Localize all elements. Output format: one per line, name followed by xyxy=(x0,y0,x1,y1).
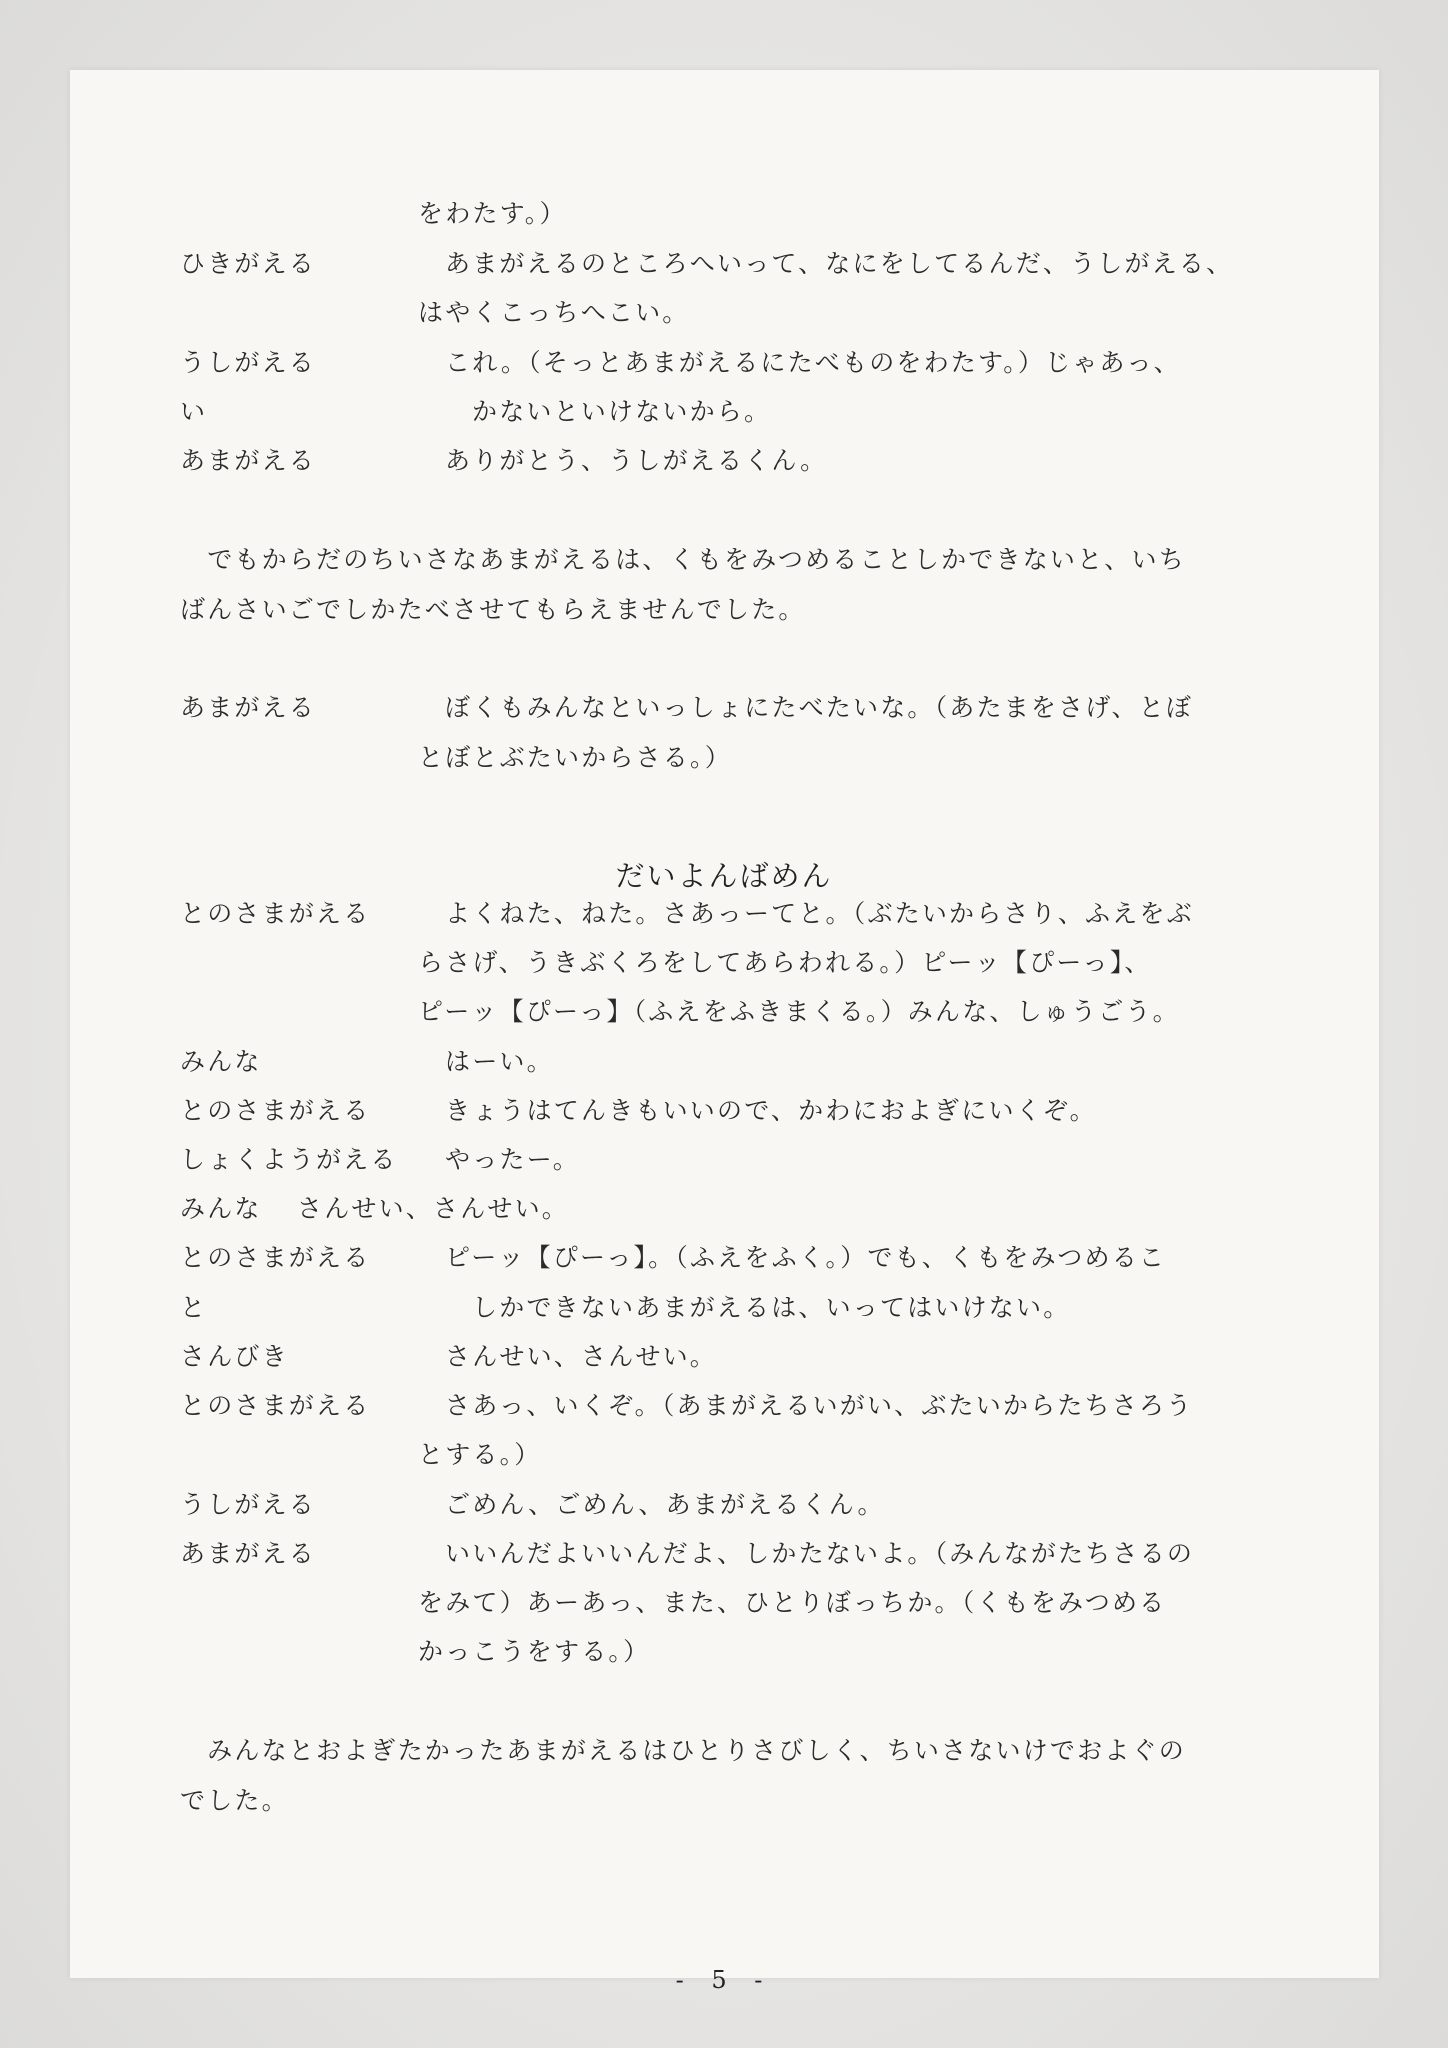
dialogue-line: かないといけないから。 xyxy=(472,397,771,427)
speaker-name: あまがえる xyxy=(180,1539,316,1569)
dialogue-line: ぼくもみんなといっしょにたべたいな。（あたまをさげ、とぼ xyxy=(445,693,1193,723)
dialogue-line: はやくこっちへこい。 xyxy=(418,298,690,328)
page-number: - 5 - xyxy=(0,1966,1448,1994)
dialogue-line: とする。） xyxy=(418,1440,542,1470)
dialogue-line: さあっ、いくぞ。（あまがえるいがい、ぶたいからたちさろう xyxy=(445,1391,1193,1421)
narration-line: でした。 xyxy=(180,1786,289,1816)
dialogue-line: さんせい、さんせい。 xyxy=(445,1342,717,1372)
speaker-name: しょくようがえる xyxy=(180,1145,398,1175)
dialogue-line: ごめん、ごめん、あまがえるくん。 xyxy=(445,1490,885,1520)
speaker-name: うしがえる xyxy=(180,348,316,378)
dialogue-line: いいんだよいいんだよ、しかたないよ。（みんながたちさるの xyxy=(445,1539,1194,1569)
dialogue-line: しかできないあまがえるは、いってはいけない。 xyxy=(472,1293,1070,1323)
speaker-name: さんびき xyxy=(180,1342,289,1372)
speaker-name: うしがえる xyxy=(180,1490,316,1520)
speaker-name: みんな xyxy=(180,1194,262,1224)
dialogue-line: よくねた、ねた。さあっーてと。（ぶたいからさり、ふえをぶ xyxy=(445,899,1194,929)
speaker-name: とのさまがえる xyxy=(180,1096,370,1126)
speaker-name: い xyxy=(180,397,207,427)
dialogue-line: ありがとう、うしがえるくん。 xyxy=(445,446,827,476)
dialogue-line: あまがえるのところへいって、なにをしてるんだ、うしがえる、 xyxy=(445,249,1233,279)
dialogue-line: ピーッ【ぴーっ】（ふえをふきまくる。）みんな、しゅうごう。 xyxy=(418,997,1180,1027)
dialogue-line: きょうはてんきもいいので、かわにおよぎにいくぞ。 xyxy=(445,1096,1097,1126)
dialogue-line: これ。（そっとあまがえるにたべものをわたす。）じゃあっ、 xyxy=(445,348,1181,378)
speaker-name: ひきがえる xyxy=(180,249,316,279)
speaker-name: と xyxy=(180,1293,207,1323)
dialogue-line: かっこうをする。） xyxy=(418,1637,650,1667)
speaker-name: とのさまがえる xyxy=(180,899,370,929)
narration-line: ばんさいごでしかたべさせてもらえませんでした。 xyxy=(180,595,806,625)
speaker-name: とのさまがえる xyxy=(180,1243,370,1273)
dialogue-line: をわたす。） xyxy=(418,199,567,229)
dialogue-line: さんせい、さんせい。 xyxy=(297,1194,569,1224)
speaker-name: みんな xyxy=(180,1047,262,1077)
scene-heading: だいよんばめん xyxy=(0,859,1448,893)
dialogue-line: らさげ、うきぶくろをしてあらわれる。）ピーッ【ぴーっ】、 xyxy=(418,948,1152,978)
speaker-name: あまがえる xyxy=(180,693,316,723)
narration-line: みんなとおよぎたかったあまがえるはひとりさびしく、ちいさないけでおよぐの xyxy=(180,1736,1186,1766)
dialogue-line: をみて）あーあっ、また、ひとりぼっちか。（くもをみつめる xyxy=(418,1588,1166,1618)
dialogue-line: ピーッ【ぴーっ】。（ふえをふく。）でも、くもをみつめるこ xyxy=(445,1243,1166,1273)
dialogue-line: とぼとぶたいからさる。） xyxy=(418,743,732,773)
narration-line: でもからだのちいさなあまがえるは、くもをみつめることしかできないと、いち xyxy=(180,545,1186,575)
speaker-name: とのさまがえる xyxy=(180,1391,370,1421)
speaker-name: あまがえる xyxy=(180,446,316,476)
dialogue-line: やったー。 xyxy=(445,1145,580,1175)
dialogue-line: はーい。 xyxy=(445,1047,554,1077)
